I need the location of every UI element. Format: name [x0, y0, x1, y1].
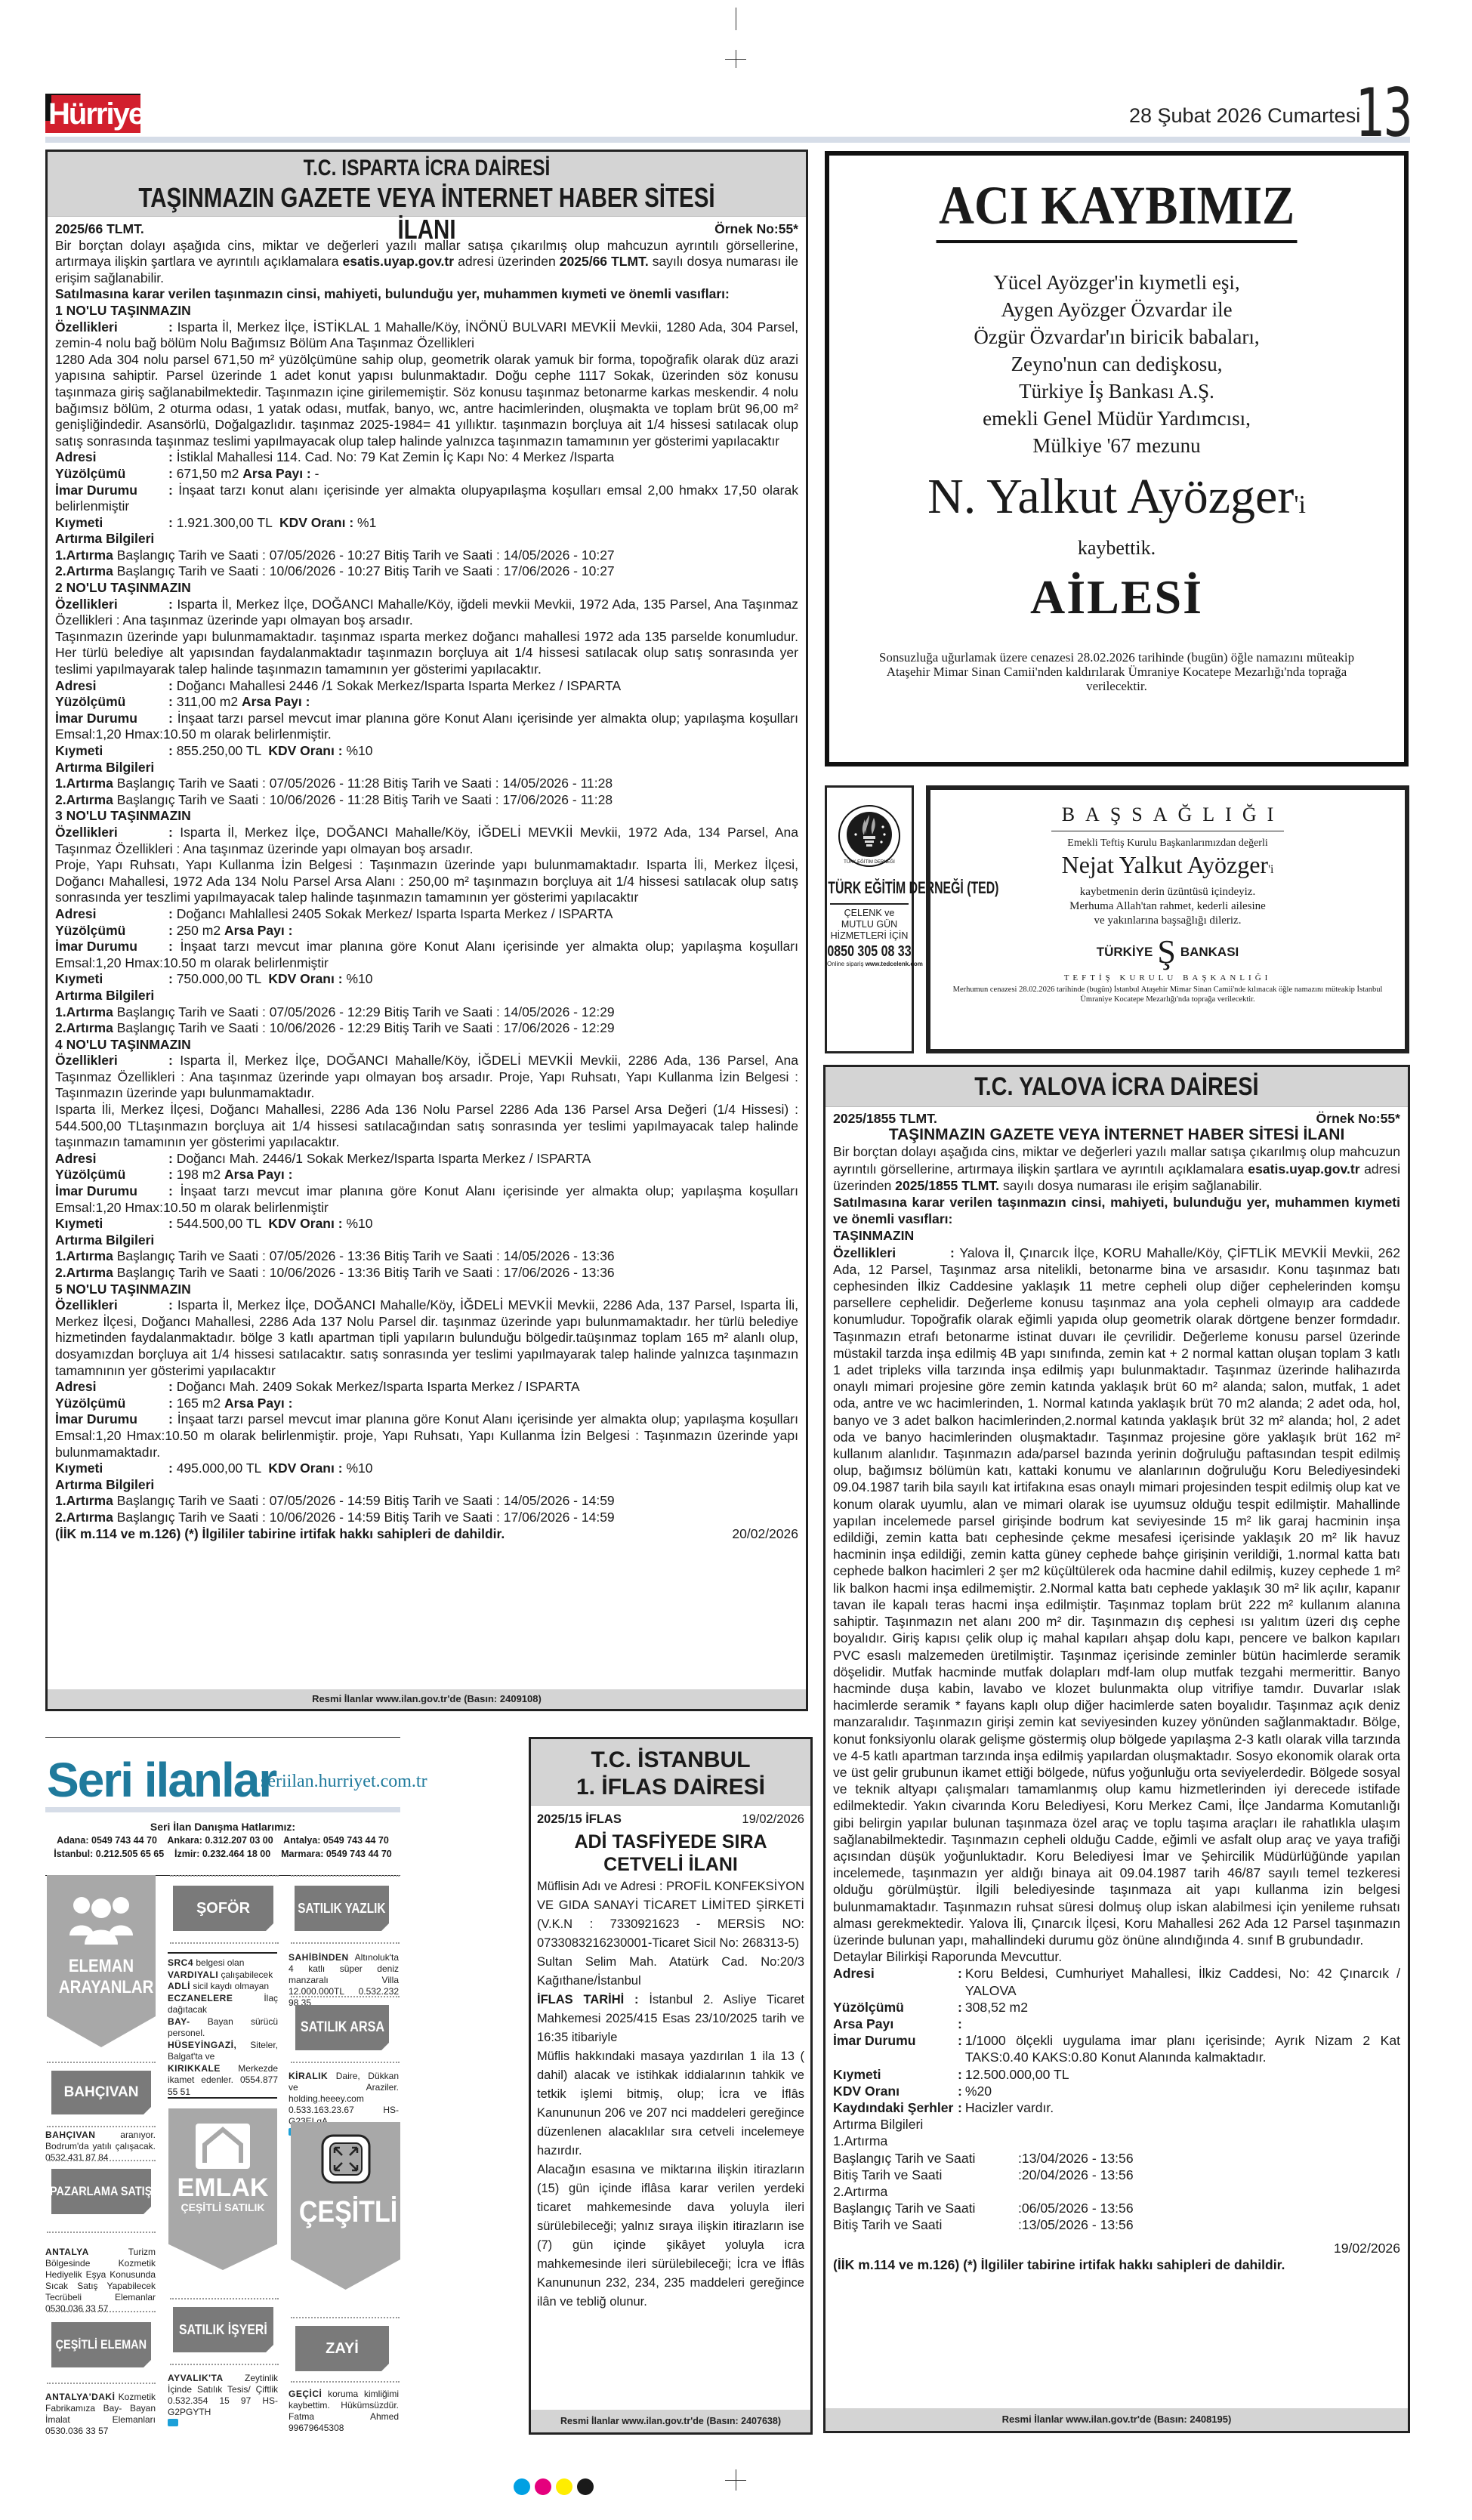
- isparta-footer: Resmi İlanlar www.ilan.gov.tr'de (Basın:…: [48, 1689, 806, 1709]
- artirma-1: 1.Artırma Başlangıç Tarih ve Saati : 07/…: [55, 547, 798, 564]
- divider: [291, 2381, 400, 2383]
- divider: [291, 1875, 400, 1877]
- house-icon: [187, 2117, 259, 2170]
- category-satilik-arsa[interactable]: SATILIK ARSA: [295, 2005, 389, 2050]
- artirma-1: 1.Artırma Başlangıç Tarih ve Saati : 07/…: [55, 1493, 798, 1510]
- property-imar: İmar Durumu: İnşaat tarzı parsel mevcut …: [55, 711, 798, 743]
- expand-arrows-icon: [319, 2133, 372, 2185]
- yalova-field: Kıymeti:12.500.000,00 TL: [833, 2066, 1400, 2083]
- artirma-2: 2.Artırma Başlangıç Tarih ve Saati : 10/…: [55, 1265, 798, 1282]
- istanbul-iflas-ilan: T.C. İSTANBUL 1. İFLAS DAİRESİ 2025/15 İ…: [529, 1737, 813, 2435]
- yalova-artirma-block: 2.Artırma Başlangıç Tarih ve Saati: 06/0…: [833, 2183, 1400, 2234]
- esatis-link[interactable]: esatis.uyap.gov.tr: [1248, 1161, 1359, 1177]
- yalova-field: KDV Oranı:%20: [833, 2083, 1400, 2099]
- istanbul-date: 19/02/2026: [742, 1810, 804, 1829]
- isparta-title: T.C. ISPARTA İCRA DAİRESİ: [116, 155, 737, 182]
- artirma-1: 1.Artırma Başlangıç Tarih ve Saati : 07/…: [55, 776, 798, 792]
- property-heading: 5 NO'LU TAŞINMAZIN: [55, 1282, 798, 1298]
- divider: [47, 2383, 156, 2384]
- isbank-logo: TÜRKİYE Ş BANKASI: [930, 936, 1405, 969]
- category-bahcivan[interactable]: BAHÇIVAN: [51, 2071, 151, 2114]
- isparta-properties: 1 NO'LU TAŞINMAZIN Özellikleri: Isparta …: [55, 303, 798, 1526]
- sofor-ad-line: KIRIKKALE Merkezde ikamet edenler. 0554.…: [168, 2063, 278, 2099]
- isbank-mark-icon: Ş: [1157, 936, 1175, 969]
- yalova-file-row: 2025/1855 TLMT. Örnek No:55*: [833, 1110, 1400, 1127]
- property-adresi: Adresi: Doğancı Mahallesi 2446 /1 Sokak …: [55, 678, 798, 695]
- obituary-line: Türkiye İş Bankası A.Ş.: [829, 378, 1404, 405]
- artirma-2: 2.Artırma Başlangıç Tarih ve Saati : 10/…: [55, 1020, 798, 1037]
- sofor-ad-line: HÜSEYİNGAZİ, Siteler, Balgat'ta ve: [168, 2040, 278, 2063]
- sofor-ad-line: SRC4 belgesi olan: [168, 1957, 278, 1969]
- iflas-tarihi: İFLAS TARİHİ : İstanbul 2. Asliye Ticare…: [537, 1991, 804, 2047]
- hotline-row: İstanbul: 0.212.505 65 65 İzmir: 0.232.4…: [45, 1847, 400, 1861]
- artirma-bilgileri: Artırma Bilgileri: [55, 1477, 798, 1494]
- property-ozellikleri: Özellikleri: Isparta İl, Merkez İlçe, DO…: [55, 1297, 798, 1379]
- seri-ilanlar-title: Seri ilanlar: [47, 1752, 276, 1808]
- yalova-body: 2025/1855 TLMT. Örnek No:55* TAŞINMAZIN …: [825, 1107, 1408, 2273]
- property-ozellikleri: Özellikleri: Isparta İl, Merkez İlçe, İS…: [55, 319, 798, 352]
- hotline-title: Seri İlan Danışma Hatlarımız:: [45, 1820, 400, 1834]
- condolence-body-line: ve yakınlarına başsağlığı dileriz.: [930, 914, 1405, 928]
- ted-title: TÜRK EĞİTİM DERNEĞİ (TED): [828, 879, 910, 897]
- header-rule: [45, 137, 1410, 143]
- obituary-lines: Yücel Ayözger'in kıymetli eşi, Aygen Ayö…: [829, 269, 1404, 459]
- istanbul-file-row: 2025/15 İFLAS 19/02/2026: [537, 1810, 804, 1829]
- isparta-subtitle: TAŞINMAZIN GAZETE VEYA İNTERNET HABER Sİ…: [116, 182, 737, 245]
- deceased-name: N. Yalkut Ayözger: [927, 469, 1294, 524]
- yalova-intro: Bir borçtan dolayı aşağıda cins, miktar …: [833, 1143, 1400, 1194]
- people-group-icon: [65, 1892, 137, 1946]
- yalova-closing: (İİK m.114 ve m.126) (*) İlgililer tabir…: [833, 2256, 1400, 2273]
- property-ozellikleri: Özellikleri: Isparta İl, Merkez İlçe, DO…: [55, 597, 798, 629]
- banner-label: ÇEŞİTLİ: [299, 2195, 392, 2229]
- istanbul-title-2: 1. İFLAS DAİRESİ: [531, 1774, 810, 1801]
- ad-ayvalik[interactable]: AYVALIK'TA Zeytinlik İçinde Satılık Tesi…: [168, 2373, 278, 2429]
- yalova-subtitle: TAŞINMAZIN GAZETE VEYA İNTERNET HABER Sİ…: [833, 1127, 1400, 1143]
- ted-torch-logo-icon: TÜRK EĞİTİM DERNEĞİ: [838, 804, 901, 868]
- ad-bahcivan[interactable]: BAHÇIVAN aranıyor. Bodrum'da yatılı çalı…: [45, 2130, 156, 2164]
- divider: [291, 2317, 400, 2318]
- hotlines: Seri İlan Danışma Hatlarımız: Adana: 054…: [45, 1820, 400, 1861]
- yalova-fields: Adresi:Koru Beldesi, Cumhuriyet Mahalles…: [833, 1965, 1400, 2116]
- divider: [47, 2232, 156, 2233]
- obituary-ad: ACI KAYBIMIZ Yücel Ayözger'in kıymetli e…: [825, 151, 1409, 766]
- yalova-icra-ilan: T.C. YALOVA İCRA DAİRESİ 2025/1855 TLMT.…: [823, 1065, 1410, 2433]
- yalova-date: 19/02/2026: [833, 2240, 1400, 2256]
- divider: [291, 1942, 400, 1944]
- property-kiymet: Kıymeti: 1.921.300,00 TL KDV Oranı : %1: [55, 515, 798, 532]
- property-ozellikleri: Özellikleri: Isparta İl, Merkez İlçe, DO…: [55, 825, 798, 857]
- crop-mark-top-cross-v: [736, 50, 736, 68]
- property-adresi: Adresi: Doğancı Mah. 2409 Sokak Merkez/I…: [55, 1379, 798, 1396]
- artirma-1: 1.Artırma Başlangıç Tarih ve Saati : 07/…: [55, 1248, 798, 1265]
- banner-label: ELEMAN ARAYANLAR: [55, 1956, 147, 1998]
- camera-icon[interactable]: [168, 2419, 178, 2426]
- property-adresi: Adresi: Doğancı Mah. 2446/1 Sokak Merkez…: [55, 1151, 798, 1167]
- cmyk-yellow-dot: [556, 2478, 572, 2495]
- crop-mark-bottom-cross: [725, 2480, 746, 2481]
- property-yuzolcumu: Yüzölçümü: 198 m2 Arsa Payı :: [55, 1167, 798, 1183]
- artirma-end: Bitiş Tarih ve Saati: 20/04/2026 - 13:56: [833, 2167, 1400, 2183]
- divider: [47, 2062, 156, 2063]
- artirma-label: 1.Artırma: [833, 2133, 1400, 2149]
- ted-url[interactable]: www.tedcelenk.com: [866, 961, 923, 967]
- category-zayi[interactable]: ZAYİ: [295, 2326, 389, 2371]
- artirma-label: 2.Artırma: [833, 2183, 1400, 2200]
- ad-sofor[interactable]: SRC4 belgesi olanVARDIYALI çalışabilecek…: [168, 1957, 278, 2098]
- ad-antalya[interactable]: ANTALYA Turizm Bölgesinde Kozmetik Hediy…: [45, 2247, 156, 2315]
- condolence-body: kaybetmenin derin üzüntüsü içindeyiz. Me…: [930, 885, 1405, 928]
- file-number: 2025/1855 TLMT.: [833, 1110, 937, 1127]
- artirma-start: Başlangıç Tarih ve Saati: 13/04/2026 - 1…: [833, 2150, 1400, 2167]
- crop-mark-top: [736, 8, 736, 30]
- artirma-start: Başlangıç Tarih ve Saati: 06/05/2026 - 1…: [833, 2200, 1400, 2216]
- obituary-signature: AİLESİ: [829, 567, 1404, 628]
- yalova-artirma: 1.Artırma Başlangıç Tarih ve Saati: 13/0…: [833, 2133, 1400, 2233]
- esatis-link[interactable]: esatis.uyap.gov.tr: [343, 254, 455, 269]
- property-heading: 1 NO'LU TAŞINMAZIN: [55, 303, 798, 319]
- istanbul-body: 2025/15 İFLAS 19/02/2026 ADİ TASFİYEDE S…: [531, 1806, 810, 2312]
- banner-sublabel: ÇEŞİTLİ SATILIK: [168, 2201, 277, 2213]
- sofor-ad-line: VARDIYALI çalışabilecek: [168, 1969, 278, 1982]
- category-sofor[interactable]: ŞOFÖR: [173, 1886, 273, 1931]
- tasinmaz-heading: TAŞINMAZIN: [833, 1227, 1400, 1244]
- ted-celenk-ad[interactable]: TÜRK EĞİTİM DERNEĞİ TÜRK EĞİTİM DERNEĞİ …: [825, 785, 914, 1053]
- artirma-2: 2.Artırma Başlangıç Tarih ve Saati : 10/…: [55, 563, 798, 580]
- divider: [170, 1942, 279, 1944]
- cmyk-magenta-dot: [535, 2478, 551, 2495]
- category-satilik-yazlik[interactable]: SATILIK YAZLIK: [295, 1886, 389, 1931]
- divider: [170, 2364, 279, 2365]
- artirma-end: Bitiş Tarih ve Saati: 13/05/2026 - 13:56: [833, 2216, 1400, 2233]
- istanbul-p4: Müflis hakkındaki masaya yazdırılan 1 il…: [537, 2047, 804, 2161]
- banner-cesitli[interactable]: ÇEŞİTLİ: [291, 2122, 400, 2290]
- condolence-body-line: Merhuma Allah'tan rahmet, kederli ailesi…: [930, 899, 1405, 914]
- yalova-field: İmar Durumu:1/1000 ölçekli uygulama imar…: [833, 2032, 1400, 2065]
- divider: [291, 1996, 400, 1997]
- artirma-2: 2.Artırma Başlangıç Tarih ve Saati : 10/…: [55, 1510, 798, 1526]
- yalova-field: Yüzölçümü:308,52 m2: [833, 1999, 1400, 2016]
- istanbul-subtitle: ADİ TASFİYEDE SIRA CETVELİ İLANI: [537, 1831, 804, 1876]
- property-detail: Isparta İli, Merkez İlçesi, Doğancı Maha…: [55, 1102, 798, 1151]
- property-adresi: Adresi: Doğancı Mahlallesi 2405 Sokak Me…: [55, 906, 798, 923]
- hurriyet-logo[interactable]: Hürriyet: [45, 95, 140, 133]
- property-heading: 3 NO'LU TAŞINMAZIN: [55, 808, 798, 825]
- yalova-field: Adresi:Koru Beldesi, Cumhuriyet Mahalles…: [833, 1965, 1400, 1998]
- detaylar: Detaylar Bilirkişi Raporunda Mevcuttur.: [833, 1948, 1400, 1965]
- property-kiymet: Kıymeti: 750.000,00 TL KDV Oranı : %10: [55, 971, 798, 988]
- sofor-ad-line: BAY- Bayan sürücü personel.: [168, 2016, 278, 2040]
- obituary-line: Aygen Ayözger Özvardar ile: [829, 296, 1404, 323]
- divider: [291, 2062, 400, 2063]
- ad-antalyadaki[interactable]: ANTALYA'DAKİ Kozmetik Fabrikamıza Bay- B…: [45, 2392, 156, 2437]
- property-detail: 1280 Ada 304 nolu parsel 671,50 m² yüzöl…: [55, 352, 798, 450]
- property-ozellikleri: Özellikleri: Isparta İl, Merkez İlçe, DO…: [55, 1053, 798, 1102]
- obituary-title: ACI KAYBIMIZ: [936, 175, 1297, 243]
- yalova-footer: Resmi İlanlar www.ilan.gov.tr'de (Basın:…: [825, 2408, 1408, 2431]
- deceased-name-row: N. Yalkut Ayözger'i: [829, 467, 1404, 535]
- yalova-field: Arsa Payı:: [833, 2016, 1400, 2032]
- property-adresi: Adresi: İstiklal Mahallesi 114. Cad. No:…: [55, 449, 798, 466]
- property-imar: İmar Durumu: İnşaat tarzı konut alanı iç…: [55, 483, 798, 515]
- property-block: 4 NO'LU TAŞINMAZIN Özellikleri: Isparta …: [55, 1037, 798, 1282]
- condolence-line1: Emekli Teftiş Kurulu Başkanlarımızdan de…: [930, 837, 1405, 850]
- condolence-body-line: kaybetmenin derin üzüntüsü içindeyiz.: [930, 885, 1405, 899]
- banner-eleman-arayanlar[interactable]: ELEMAN ARAYANLAR: [47, 1875, 156, 2047]
- artirma-bilgileri: Artırma Bilgileri: [55, 1232, 798, 1249]
- property-kiymet: Kıymeti: 544.500,00 TL KDV Oranı : %10: [55, 1216, 798, 1232]
- artirma-title: Artırma Bilgileri: [833, 2116, 1400, 2133]
- yalova-artirma-block: 1.Artırma Başlangıç Tarih ve Saati: 13/0…: [833, 2133, 1400, 2183]
- property-kiymet: Kıymeti: 495.000,00 TL KDV Oranı : %10: [55, 1460, 798, 1477]
- cmyk-cyan-dot: [514, 2478, 530, 2495]
- isparta-body: 2025/66 TLMT. Örnek No:55* Bir borçtan d…: [48, 217, 806, 1542]
- isparta-date: 20/02/2026: [732, 1526, 798, 1543]
- property-heading: 2 NO'LU TAŞINMAZIN: [55, 580, 798, 597]
- property-yuzolcumu: Yüzölçümü: 671,50 m2 Arsa Payı : -: [55, 466, 798, 483]
- property-imar: İmar Durumu: İnşaat tarzı mevcut imar pl…: [55, 939, 798, 971]
- logo-text: Hürriyet: [48, 97, 152, 131]
- ad-gecici[interactable]: GEÇİCİ koruma kimliğimi kaybettim. Hüküm…: [289, 2389, 399, 2434]
- condolence-name-row: Nejat Yalkut Ayözger'i: [930, 850, 1405, 885]
- divider: [170, 2298, 279, 2299]
- hotline-row: Adana: 0549 743 44 70 Ankara: 0.312.207 …: [45, 1834, 400, 1847]
- debtor-address: Sultan Selim Mah. Atatürk Cad. No:20/3 K…: [537, 1953, 804, 1991]
- condolence-name: Nejat Yalkut Ayözger: [1062, 851, 1268, 878]
- property-imar: İmar Durumu: İnşaat tarzı mevcut imar pl…: [55, 1183, 798, 1216]
- rule: [168, 1952, 277, 1954]
- funeral-info: Sonsuzluğa uğurlamak üzere cenazesi 28.0…: [875, 650, 1359, 693]
- artirma-2: 2.Artırma Başlangıç Tarih ve Saati : 10/…: [55, 792, 798, 809]
- ted-service: ÇELENK ve MUTLU GÜN HİZMETLERİ İÇİN: [827, 908, 912, 942]
- category-pazarlama-satis[interactable]: PAZARLAMA SATIŞ: [51, 2169, 151, 2214]
- seri-rule: [45, 1807, 400, 1812]
- isparta-header: T.C. ISPARTA İCRA DAİRESİ TAŞINMAZIN GAZ…: [48, 152, 806, 217]
- banner-emlak[interactable]: EMLAK ÇEŞİTLİ SATILIK: [168, 2108, 277, 2270]
- divider: [47, 2311, 156, 2312]
- svg-text:TÜRK EĞİTİM DERNEĞİ: TÜRK EĞİTİM DERNEĞİ: [844, 859, 895, 865]
- seri-ilanlar-url[interactable]: seriilan.hurriyet.com.tr: [261, 1772, 427, 1792]
- category-satilik-isyeri[interactable]: SATILIK İŞYERİ: [173, 2307, 273, 2352]
- property-yuzolcumu: Yüzölçümü: 165 m2 Arsa Payı :: [55, 1396, 798, 1412]
- obituary-line: Mülkiye '67 mezunu: [829, 432, 1404, 459]
- cmyk-black-dot: [577, 2478, 594, 2495]
- istanbul-footer: Resmi İlanlar www.ilan.gov.tr'de (Basın:…: [531, 2410, 810, 2432]
- artirma-1: 1.Artırma Başlangıç Tarih ve Saati : 07/…: [55, 1004, 798, 1021]
- ted-phone[interactable]: 0850 305 08 33: [827, 943, 912, 961]
- banner-label: EMLAK: [168, 2174, 277, 2201]
- property-imar: İmar Durumu: İnşaat tarzı parsel mevcut …: [55, 1411, 798, 1460]
- property-detail: Proje, Yapı Ruhsatı, Yapı Kullanma İzin …: [55, 857, 798, 906]
- rule: [168, 2097, 277, 2099]
- ad-sahibinden[interactable]: SAHİBİNDEN Altınoluk'ta 4 katlı süper de…: [289, 1952, 399, 2009]
- condolence-ad: BAŞSAĞLIĞI Emekli Teftiş Kurulu Başkanla…: [926, 785, 1409, 1053]
- vasif-heading: Satılmasına karar verilen taşınmazın cin…: [55, 286, 798, 303]
- ted-online: Online sipariş www.tedcelenk.com: [827, 961, 912, 967]
- property-yuzolcumu: Yüzölçümü: 250 m2 Arsa Payı :: [55, 923, 798, 939]
- yalova-title: T.C. YALOVA İCRA DAİRESİ: [974, 1067, 1258, 1106]
- yalova-ozellikleri: Özellikleri: Yalova İl, Çınarcık İlçe, K…: [833, 1245, 1400, 1949]
- ornek-number: Örnek No:55*: [1316, 1110, 1400, 1127]
- obituary-line: emekli Genel Müdür Yardımcısı,: [829, 405, 1404, 432]
- sofor-ad-line: ECZANELERE İlaç dağıtacak: [168, 1993, 278, 2016]
- divider: [170, 1875, 279, 1877]
- condolence-funeral: Merhumun cenazesi 28.02.2026 tarihinde (…: [941, 985, 1394, 1004]
- obituary-line: Özgür Özvardar'ın biricik babaları,: [829, 323, 1404, 350]
- yalova-field: Kaydındaki Şerhler:Hacizler vardır.: [833, 2099, 1400, 2116]
- divider: [47, 2160, 156, 2161]
- isparta-icra-ilan: T.C. ISPARTA İCRA DAİRESİ TAŞINMAZIN GAZ…: [45, 150, 808, 1711]
- isparta-closing: (İİK m.114 ve m.126) (*) İlgililer tabir…: [55, 1526, 505, 1543]
- istanbul-p5: Alacağın esasına ve miktarına ilişkin it…: [537, 2161, 804, 2312]
- istanbul-header: T.C. İSTANBUL 1. İFLAS DAİRESİ: [531, 1739, 810, 1806]
- debtor-info: Müflisin Adı ve Adresi : PROFİL KONFEKSİ…: [537, 1877, 804, 1953]
- department: TEFTİŞ KURULU BAŞKANLIĞI: [930, 973, 1405, 982]
- category-cesitli-eleman[interactable]: ÇEŞİTLİ ELEMAN: [51, 2322, 151, 2367]
- condolence-title: BAŞSAĞLIĞI: [1051, 804, 1285, 831]
- divider: [47, 2126, 156, 2127]
- vasif-heading: Satılmasına karar verilen taşınmazın cin…: [833, 1194, 1400, 1227]
- yalova-header: T.C. YALOVA İCRA DAİRESİ: [825, 1067, 1408, 1107]
- property-block: 3 NO'LU TAŞINMAZIN Özellikleri: Isparta …: [55, 808, 798, 1036]
- obituary-line: Yücel Ayözger'in kıymetli eşi,: [829, 269, 1404, 296]
- property-heading: 4 NO'LU TAŞINMAZIN: [55, 1037, 798, 1053]
- istanbul-title: T.C. İSTANBUL: [531, 1747, 810, 1774]
- issue-date: 28 Şubat 2026 Cumartesi: [1129, 104, 1360, 128]
- seri-top-rule: [45, 1737, 400, 1738]
- isparta-closing-row: (İİK m.114 ve m.126) (*) İlgililer tabir…: [55, 1526, 798, 1543]
- artirma-bilgileri: Artırma Bilgileri: [55, 531, 798, 547]
- property-block: 2 NO'LU TAŞINMAZIN Özellikleri: Isparta …: [55, 580, 798, 808]
- obituary-line: Zeyno'nun can dedişkosu,: [829, 350, 1404, 378]
- property-yuzolcumu: Yüzölçümü: 311,00 m2 Arsa Payı :: [55, 694, 798, 711]
- kaybettik: kaybettik.: [829, 537, 1404, 560]
- property-block: 5 NO'LU TAŞINMAZIN Özellikleri: Isparta …: [55, 1282, 798, 1526]
- property-detail: Taşınmazın üzerinde yapı bulunmamaktadır…: [55, 629, 798, 678]
- property-kiymet: Kıymeti: 855.250,00 TL KDV Oranı : %10: [55, 743, 798, 760]
- artirma-bilgileri: Artırma Bilgileri: [55, 760, 798, 776]
- sofor-ad-line: ADLİ sicil kaydı olmayan: [168, 1981, 278, 1993]
- property-block: 1 NO'LU TAŞINMAZIN Özellikleri: Isparta …: [55, 303, 798, 580]
- artirma-bilgileri: Artırma Bilgileri: [55, 988, 798, 1004]
- file-number: 2025/15 İFLAS: [537, 1810, 622, 1829]
